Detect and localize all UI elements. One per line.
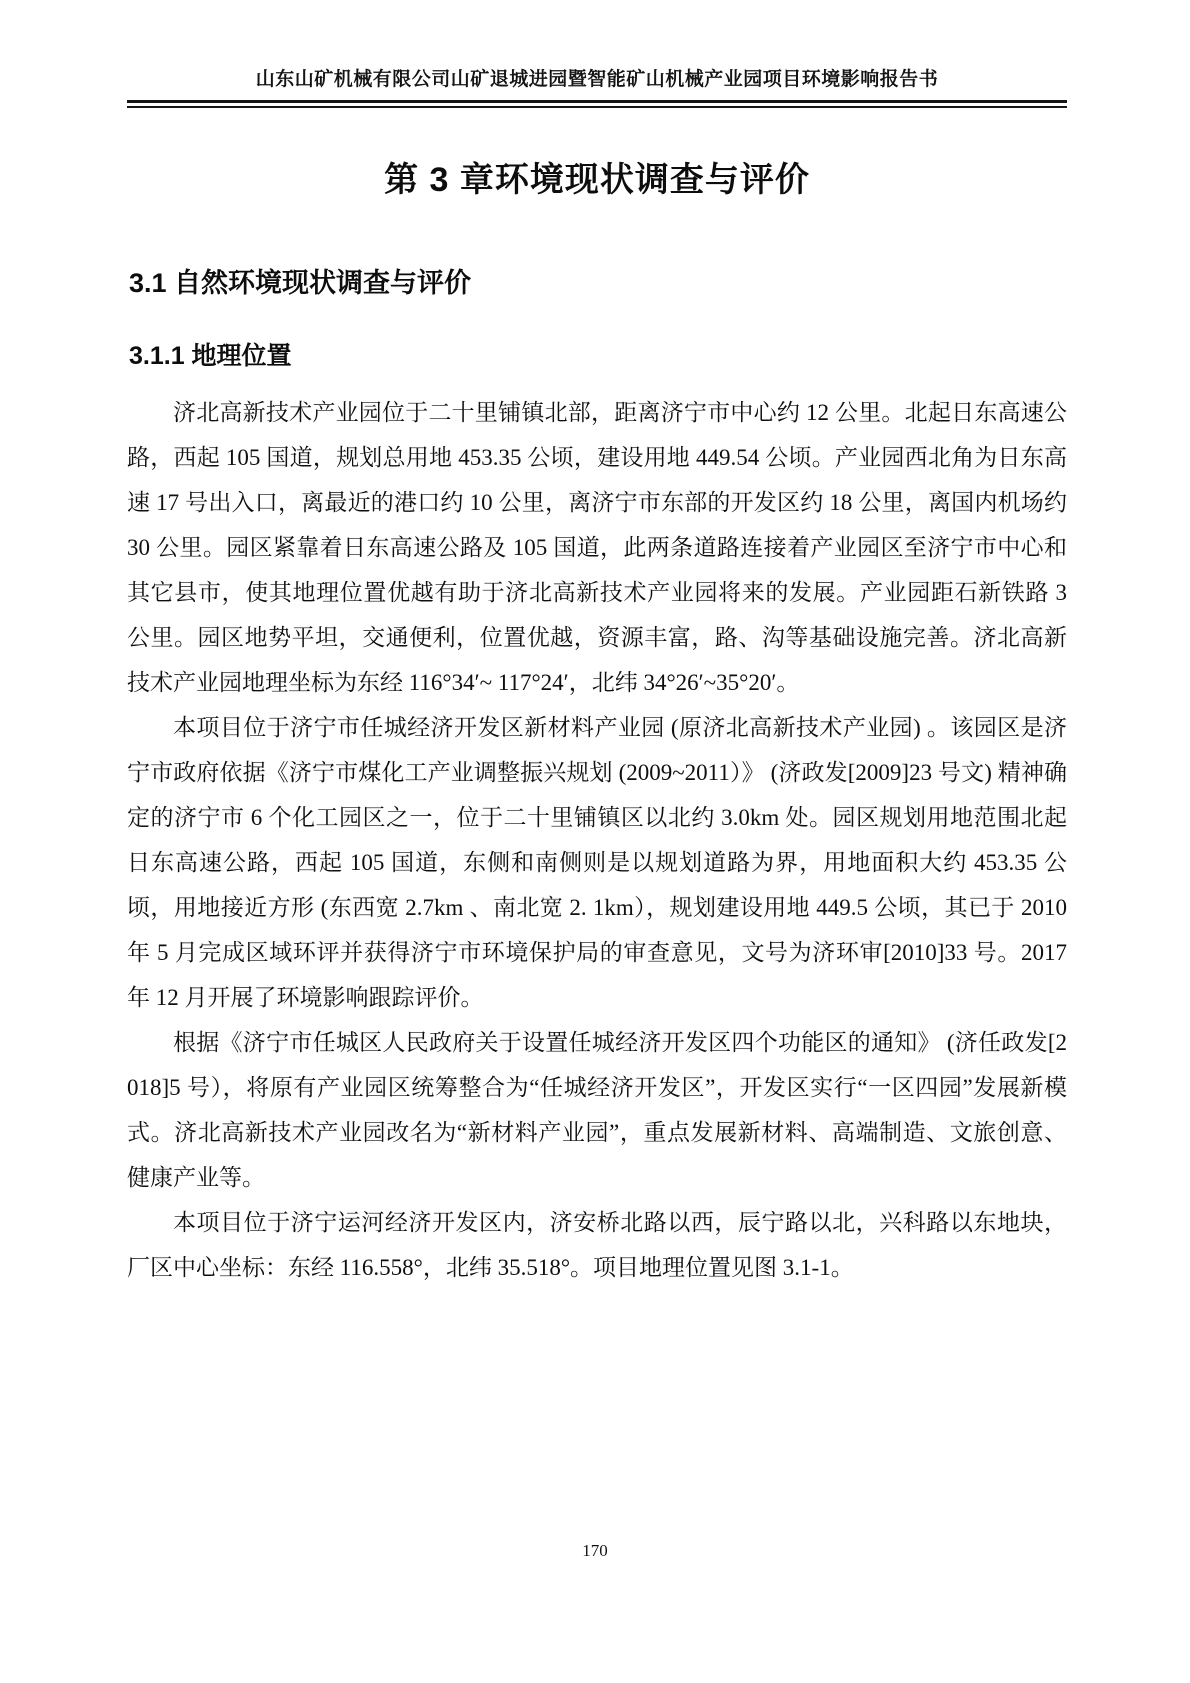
chapter-title: 第 3 章环境现状调查与评价 <box>127 152 1067 201</box>
paragraph-project-zone: 本项目位于济宁市任城经济开发区新材料产业园 (原济北高新技术产业园) 。该园区是… <box>127 705 1067 1020</box>
body-text-block: 济北高新技术产业园位于二十里铺镇北部，距离济宁市中心约 12 公里。北起日东高速… <box>127 390 1067 1290</box>
page-number: 170 <box>0 1541 1190 1561</box>
section-heading-3-1: 3.1 自然环境现状调查与评价 <box>129 261 1067 300</box>
subsection-heading-3-1-1: 3.1.1 地理位置 <box>129 336 1067 372</box>
header-double-rule <box>127 100 1067 108</box>
report-page: 山东山矿机械有限公司山矿退城进园暨智能矿山机械产业园项目环境影响报告书 第 3 … <box>0 0 1190 1683</box>
report-header-title: 山东山矿机械有限公司山矿退城进园暨智能矿山机械产业园项目环境影响报告书 <box>127 0 1067 91</box>
paragraph-zone-renaming: 根据《济宁市任城区人民政府关于设置任城经济开发区四个功能区的通知》 (济任政发[… <box>127 1020 1067 1200</box>
paragraph-park-location: 济北高新技术产业园位于二十里铺镇北部，距离济宁市中心约 12 公里。北起日东高速… <box>127 390 1067 705</box>
paragraph-site-coordinates: 本项目位于济宁运河经济开发区内，济安桥北路以西，辰宁路以北，兴科路以东地块，厂区… <box>127 1200 1067 1290</box>
